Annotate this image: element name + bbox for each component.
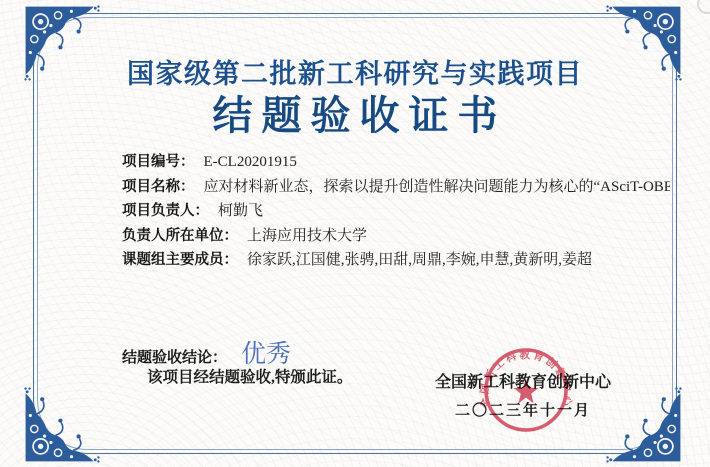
certificate-subtitle: 结题验收证书 [0,84,710,141]
seal-text: 全国新工科教育创新中心 [478,348,575,409]
field-value: 上海应用技术大学 [247,224,367,245]
field-label: 课题组主要成员： [122,248,238,269]
field-value: 徐家跃,江国健,张骋,田甜,周鼎,李婉,申慧,黄新明,姜超 [247,248,592,269]
corner-ornament-icon [24,387,100,463]
field-label: 负责人所在单位： [122,224,238,245]
official-seal-icon: 全国新工科教育创新中心 [468,330,584,446]
field-row-project-leader: 项目负责人： 柯勤飞 [122,199,670,224]
issuance-statement: 该项目经结题验收,特颁此证。 [147,365,352,387]
field-label: 项目编号： [122,150,195,171]
field-row-project-number: 项目编号： E-CL20201915 [122,150,670,175]
svg-text:全国新工科教育创新中心: 全国新工科教育创新中心 [478,348,575,409]
certificate-page: 国家级第二批新工科研究与实践项目 结题验收证书 项目编号： E-CL202019… [0,0,710,467]
field-value: 应对材料新业态，探索以提升创造性解决问题能力为核心的“ASciT-OBE”人才培… [204,175,671,196]
fields-section: 项目编号： E-CL20201915 项目名称： 应对材料新业态，探索以提升创造… [122,150,670,273]
field-label: 项目名称： [122,175,195,196]
field-label: 项目负责人： [122,199,209,220]
conclusion-label: 结题验收结论： [122,346,227,367]
field-value: E-CL20201915 [204,154,297,171]
field-row-leader-institution: 负责人所在单位： 上海应用技术大学 [122,224,670,249]
field-value: 柯勤飞 [218,199,263,220]
field-row-project-name: 项目名称： 应对材料新业态，探索以提升创造性解决问题能力为核心的“ASciT-O… [122,175,670,200]
field-row-team-members: 课题组主要成员： 徐家跃,江国健,张骋,田甜,周鼎,李婉,申慧,黄新明,姜超 [122,248,670,273]
corner-watermark-circle [697,0,710,14]
